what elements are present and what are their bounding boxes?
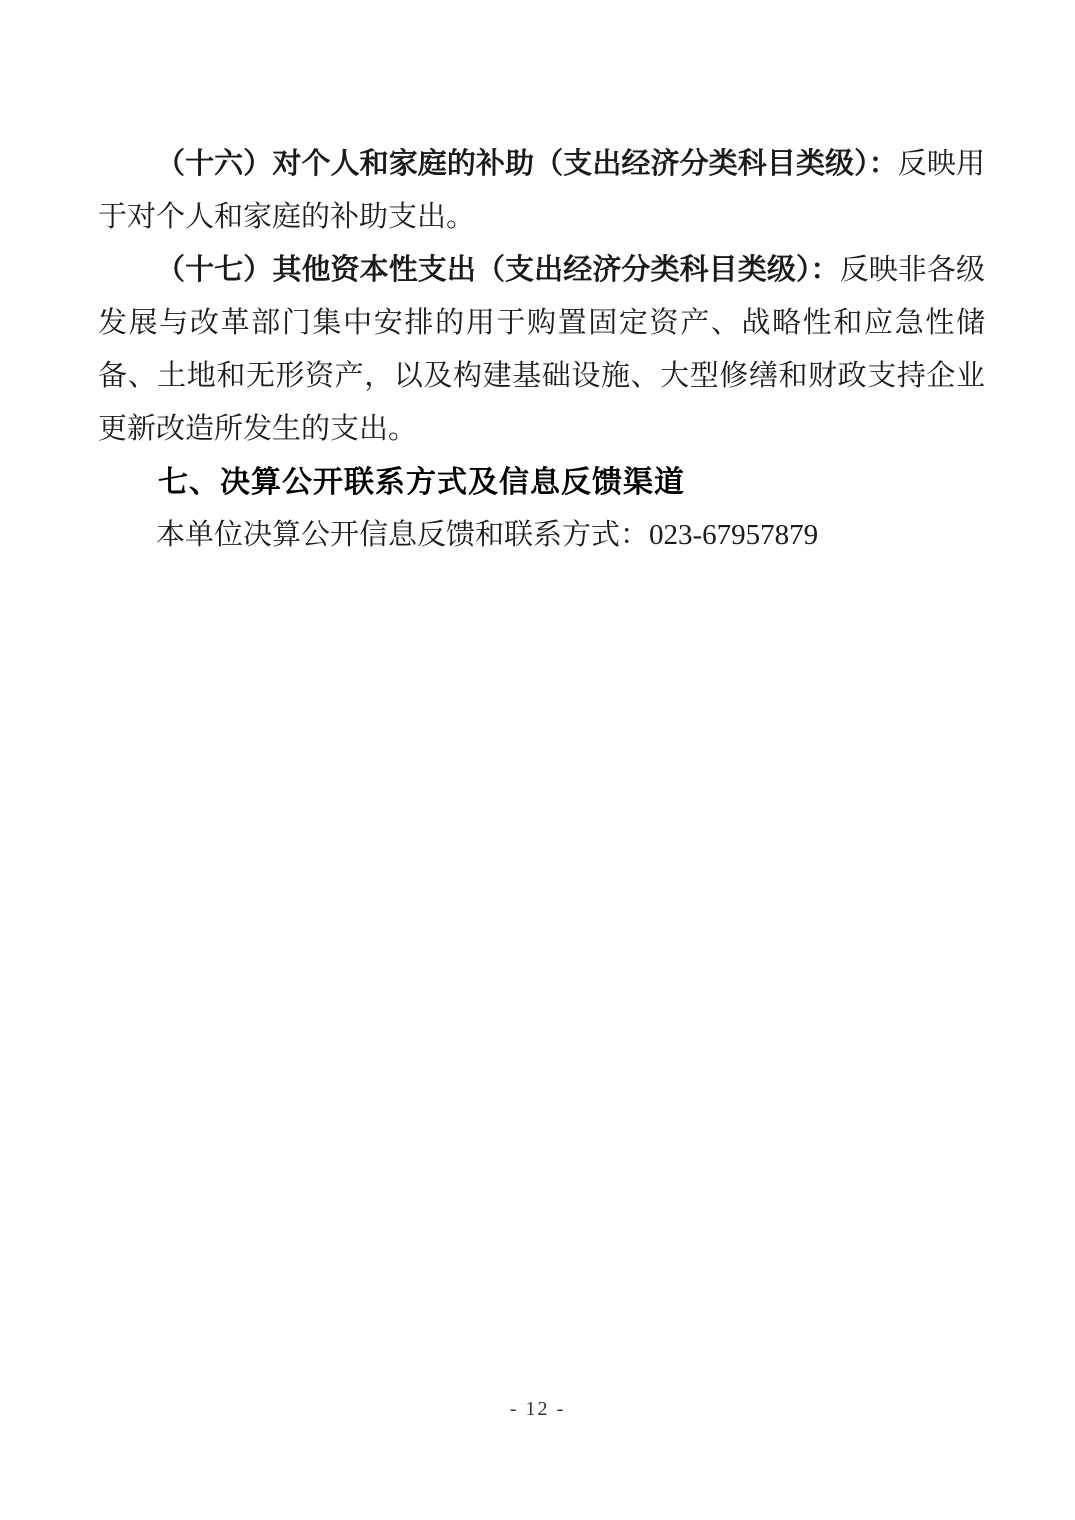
page-number: - 12 - bbox=[0, 1398, 1075, 1421]
section-heading-7: 七、决算公开联系方式及信息反馈渠道 bbox=[98, 456, 985, 509]
contact-phone-number: 023-67957879 bbox=[649, 519, 818, 551]
paragraph-item-17: （十七）其他资本性支出（支出经济分类科目类级）：反映非各级发展与改革部门集中安排… bbox=[98, 244, 985, 456]
contact-label: 本单位决算公开信息反馈和联系方式： bbox=[156, 519, 649, 551]
document-page: （十六）对个人和家庭的补助（支出经济分类科目类级）：反映用于对个人和家庭的补助支… bbox=[0, 0, 1075, 1520]
contact-line: 本单位决算公开信息反馈和联系方式：023-67957879 bbox=[98, 509, 985, 562]
paragraph-item-16: （十六）对个人和家庭的补助（支出经济分类科目类级）：反映用于对个人和家庭的补助支… bbox=[98, 138, 985, 244]
paragraph-item-17-lead: （十七）其他资本性支出（支出经济分类科目类级）： bbox=[156, 254, 840, 286]
document-body: （十六）对个人和家庭的补助（支出经济分类科目类级）：反映用于对个人和家庭的补助支… bbox=[98, 138, 985, 562]
paragraph-item-16-lead: （十六）对个人和家庭的补助（支出经济分类科目类级）： bbox=[156, 148, 898, 180]
